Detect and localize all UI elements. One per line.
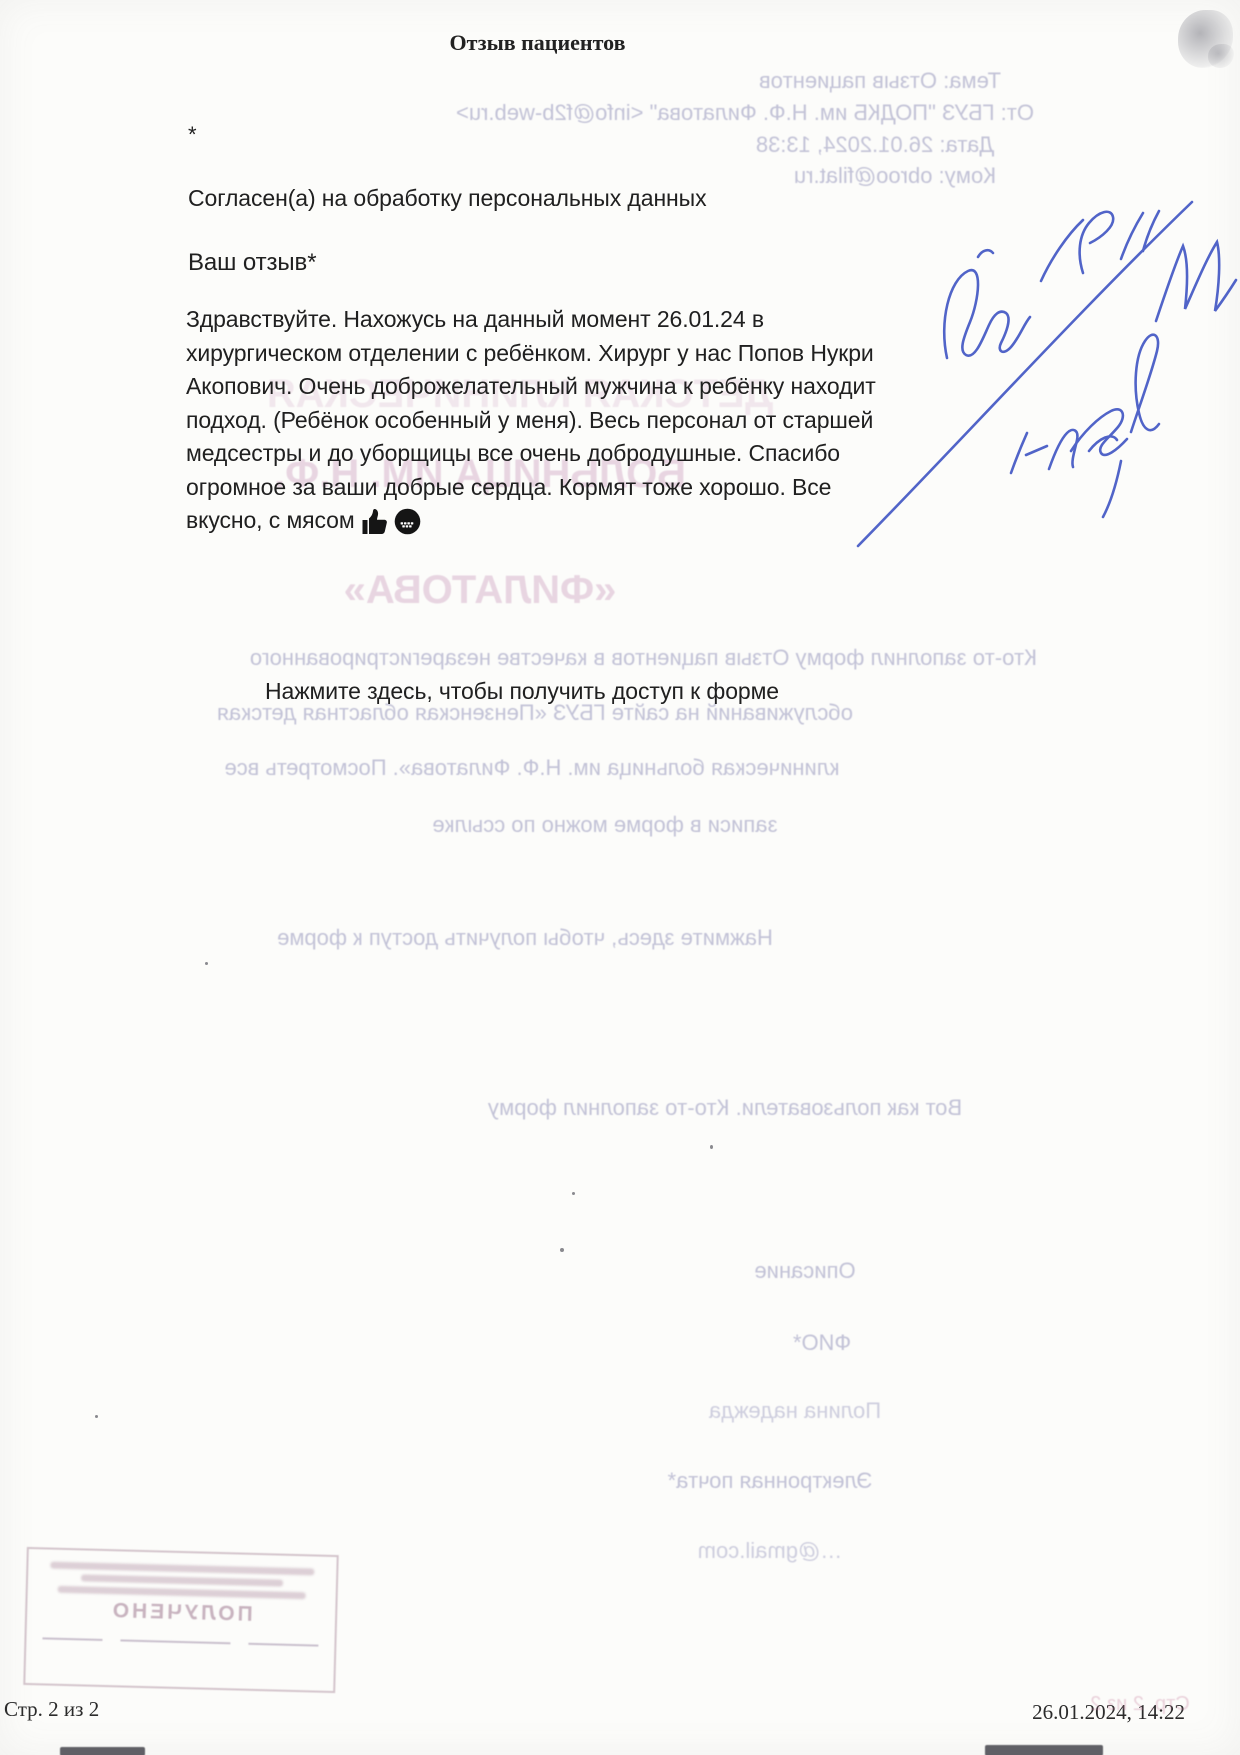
- handwritten-ink-annotation: [820, 150, 1240, 570]
- scan-speck: [95, 1415, 98, 1418]
- scan-speck: [572, 1192, 575, 1195]
- scan-speck: [205, 962, 208, 965]
- scan-edge-fragment: [60, 1747, 145, 1755]
- bleed-notification-line3: клиническая больница им. Н.Ф. Филатова».…: [182, 755, 882, 781]
- bleed-field-description: Описание: [655, 1258, 955, 1284]
- stamp-signature-row: [36, 1637, 324, 1647]
- bleed-field-fio: ФИО*: [672, 1330, 972, 1356]
- review-line: огромное за ваши добрые сердца. Кормят т…: [186, 471, 916, 505]
- bleed-field-email-label: Электронная почта*: [620, 1468, 920, 1494]
- scan-speck: [560, 1248, 564, 1252]
- review-line: подход. (Ребёнок особенный у меня). Весь…: [186, 404, 916, 438]
- bleed-notification-line4: записи в форме можно по ссылке: [255, 812, 955, 838]
- consent-label: Согласен(а) на обработку персональных да…: [188, 185, 706, 212]
- stamp-text-line: [50, 1562, 315, 1576]
- scan-smudge: [1208, 44, 1234, 68]
- bleed-field-email-value: …@gmail.com: [620, 1538, 920, 1564]
- review-field-label: Ваш отзыв*: [188, 249, 316, 277]
- stamp-text-line: [81, 1574, 283, 1586]
- form-access-link[interactable]: Нажмите здесь, чтобы получить доступ к ф…: [265, 678, 779, 705]
- page-number: Стр. 2 из 2: [4, 1697, 99, 1722]
- stamp-text-line: [58, 1586, 306, 1599]
- review-line: Акопович. Очень доброжелательный мужчина…: [186, 370, 916, 404]
- review-line: Здравствуйте. Нахожусь на данный момент …: [186, 303, 916, 337]
- bleed-users-line: Вот как пользователи. Кто-то заполнил фо…: [375, 1095, 1075, 1121]
- scan-speck: [710, 1145, 713, 1149]
- bleed-hospital-line3: «ФИЛАТОВА»: [180, 568, 780, 613]
- stamp-label: ПОЛУЧЕНО: [37, 1597, 326, 1629]
- review-line-with-emoji: вкусно, с мясом: [186, 504, 916, 538]
- scanned-page: Отзыв пациентов Тема: Отзыв пациентов От…: [0, 0, 1240, 1755]
- page-title: Отзыв пациентов: [0, 30, 1075, 56]
- bleed-page-label: Стр. 2 из 2: [1040, 1693, 1240, 1716]
- received-stamp: ПОЛУЧЕНО: [23, 1547, 339, 1693]
- scan-edge-fragment: [985, 1745, 1103, 1755]
- bleed-email-subject: Тема: Отзыв пациентов: [680, 68, 1080, 94]
- bleed-link-line: Нажмите здесь, чтобы получить доступ к ф…: [175, 925, 875, 951]
- bleed-field-name-value: Полина надежда: [645, 1398, 945, 1424]
- thumbs-up-icon: [359, 507, 389, 536]
- bleed-notification-line1: Кто-то заполнил форму Отзыв пациентов в …: [337, 645, 1037, 671]
- review-line: вкусно, с мясом: [186, 504, 355, 538]
- review-line: медсестры и до уборщицы все очень доброд…: [186, 437, 916, 471]
- review-text: Здравствуйте. Нахожусь на данный момент …: [186, 303, 916, 538]
- required-asterisk: *: [188, 122, 196, 148]
- grinning-face-emoji-icon: [393, 507, 422, 536]
- review-line: хирургическом отделении с ребёнком. Хиру…: [186, 337, 916, 371]
- bleed-email-from: От: ГБУЗ "ПОДКБ им. Н.Ф. Филатова" <info…: [395, 100, 1095, 126]
